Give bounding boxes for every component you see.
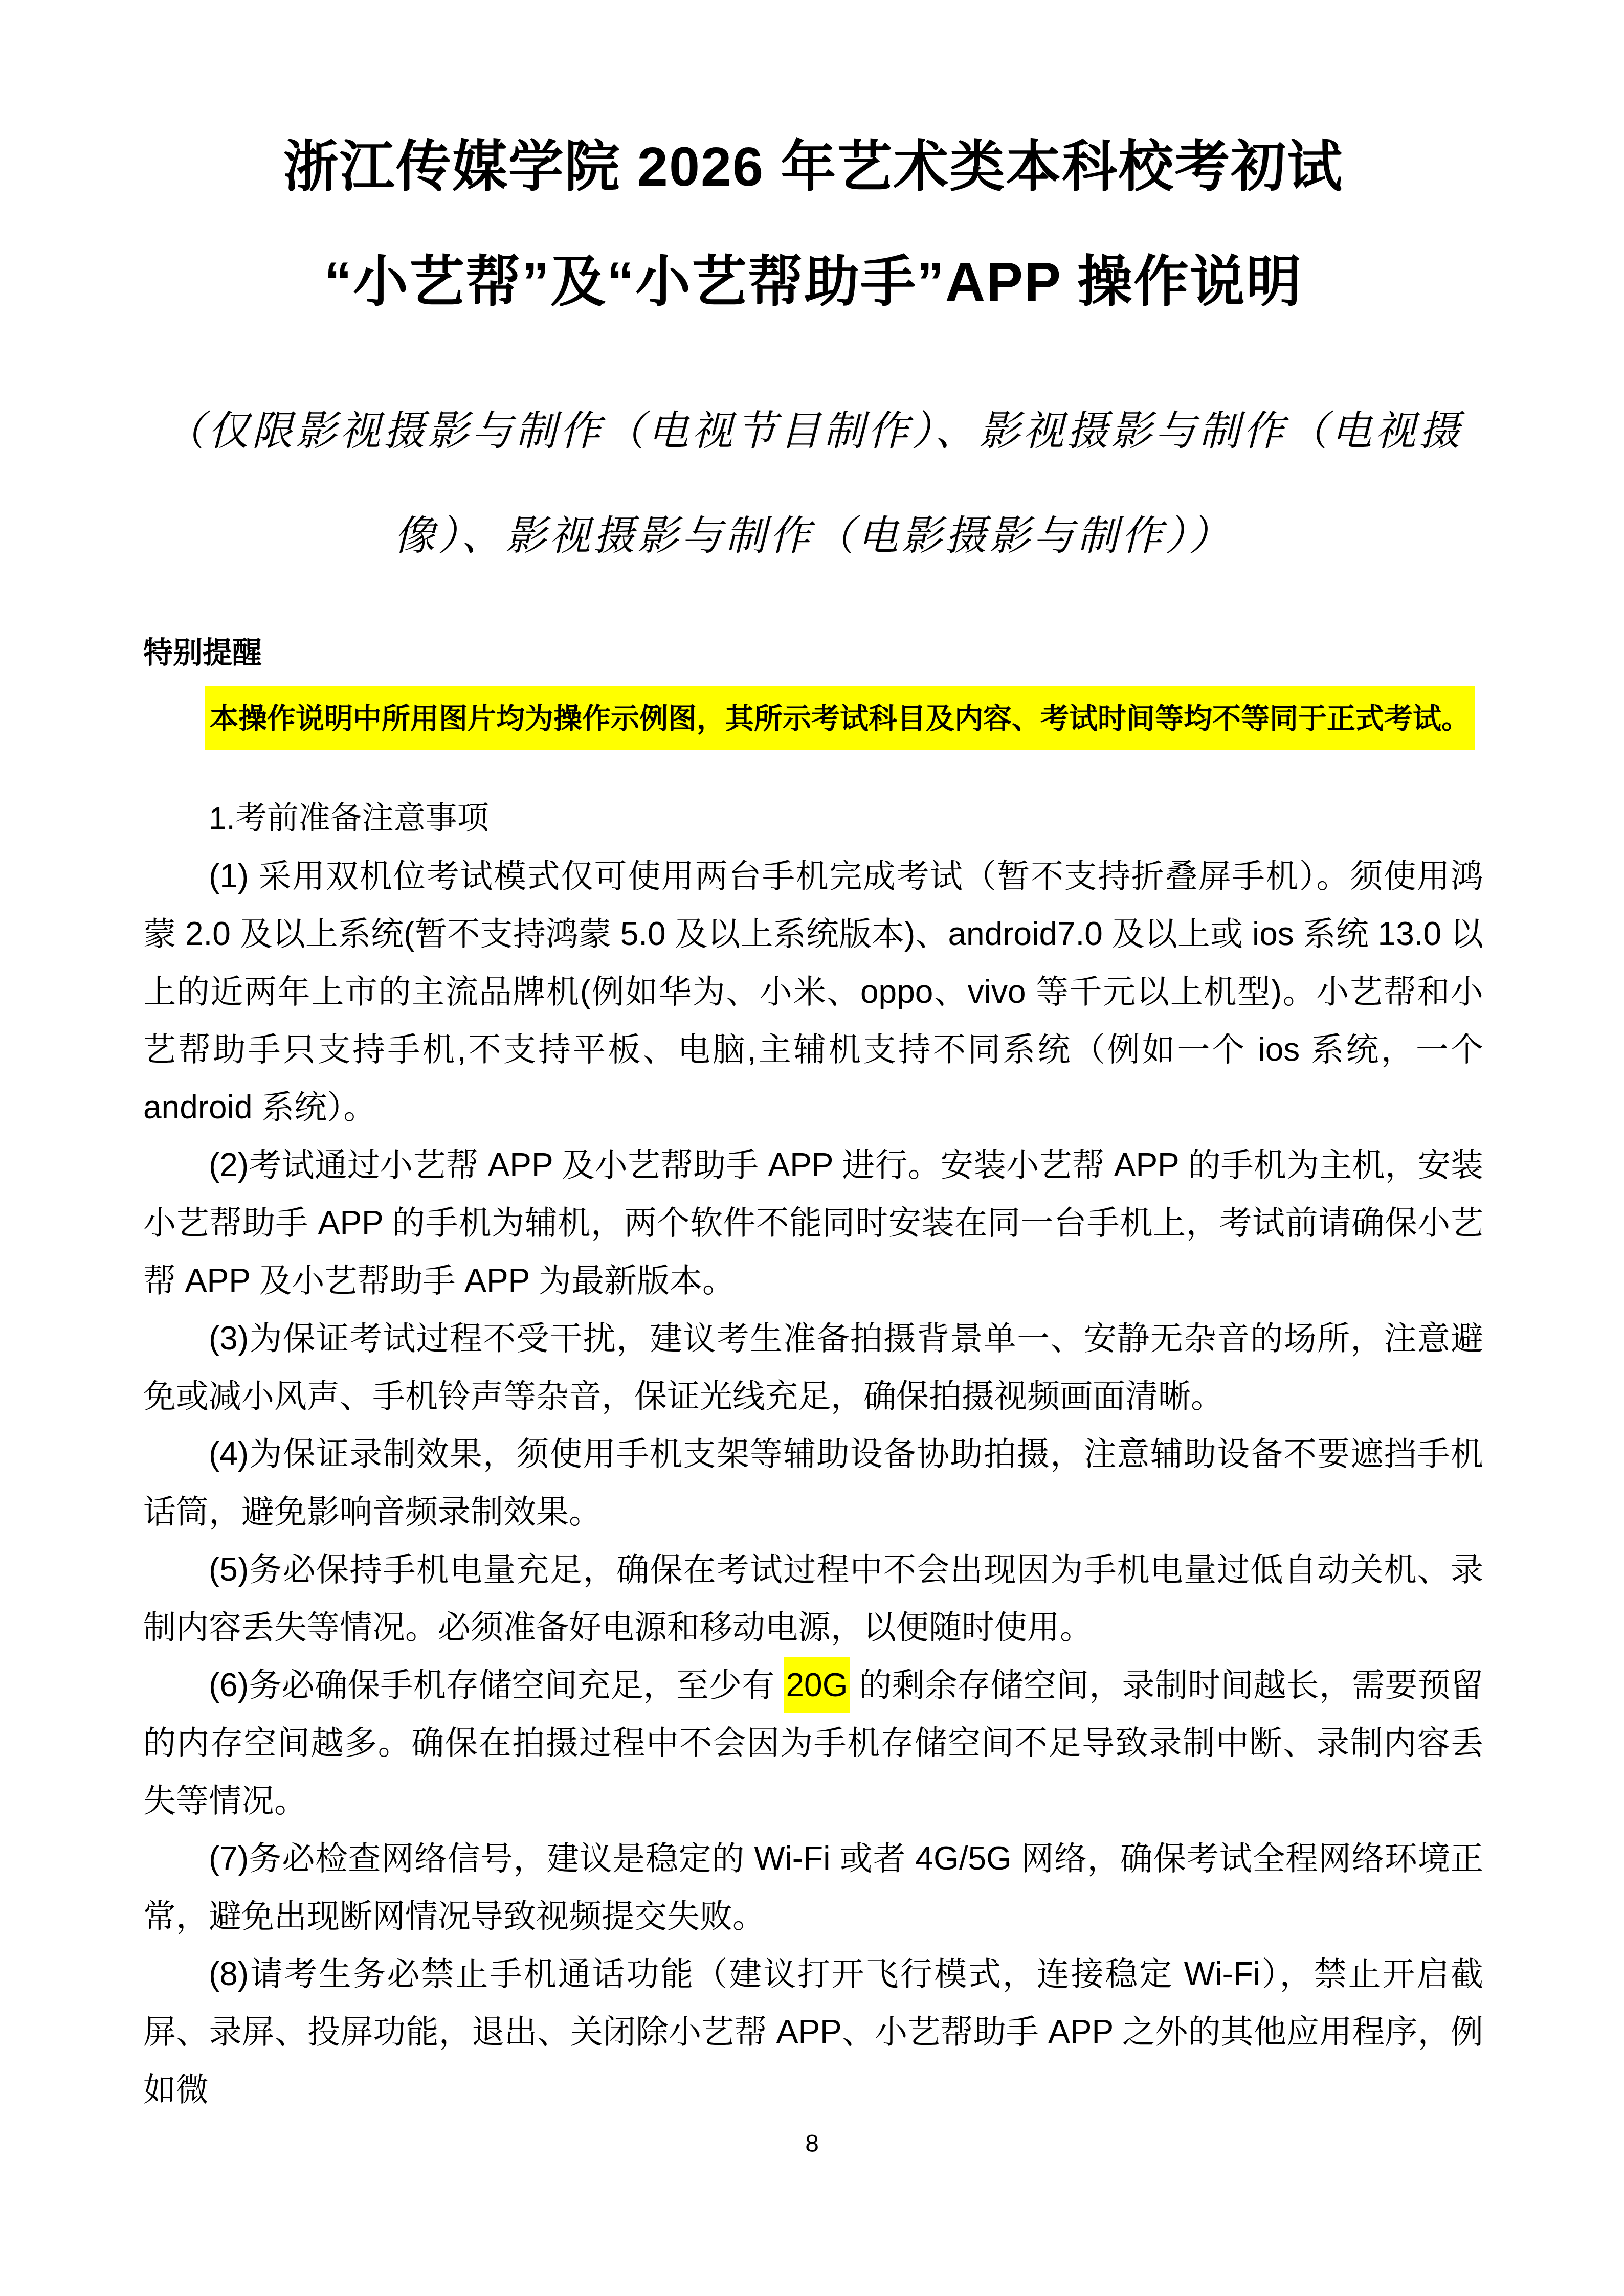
body-paragraph-2: (2)考试通过小艺帮 APP 及小艺帮助手 APP 进行。安装小艺帮 APP 的…	[143, 1136, 1483, 1310]
highlight-notice-text: 本操作说明中所用图片均为操作示例图，其所示考试科目及内容、考试时间等均不等同于正…	[205, 686, 1475, 750]
body-paragraph-5: (5)务必保持手机电量充足，确保在考试过程中不会出现因为手机电量过低自动关机、录…	[143, 1541, 1483, 1656]
highlighted-text-run: 20G	[784, 1657, 850, 1713]
highlight-notice-block: 本操作说明中所用图片均为操作示例图，其所示考试科目及内容、考试时间等均不等同于正…	[205, 686, 1483, 758]
document-title-line1: 浙江传媒学院 2026 年艺术类本科校考初试	[143, 130, 1483, 204]
document-subtitle: （仅限影视摄影与制作（电视节目制作）、影视摄影与制作（电视摄像）、影视摄影与制作…	[143, 378, 1483, 588]
page-number: 8	[0, 2130, 1624, 2158]
body-paragraph-1: (1) 采用双机位考试模式仅可使用两台手机完成考试（暂不支持折叠屏手机）。须使用…	[143, 847, 1483, 1136]
body-paragraphs: (1) 采用双机位考试模式仅可使用两台手机完成考试（暂不支持折叠屏手机）。须使用…	[143, 847, 1483, 2119]
body-paragraph-6: (6)务必确保手机存储空间充足，至少有 20G 的剩余存储空间，录制时间越长，需…	[143, 1656, 1483, 1830]
document-title-line2: “小艺帮”及“小艺帮助手”APP 操作说明	[143, 245, 1483, 319]
text-run: (6)务必确保手机存储空间充足，至少有	[209, 1667, 784, 1703]
text-run: (1) 采用双机位考试模式仅可使用两台手机完成考试（暂不支持折叠屏手机）。须使用…	[143, 858, 1483, 1126]
body-paragraph-4: (4)为保证录制效果，须使用手机支架等辅助设备协助拍摄，注意辅助设备不要遮挡手机…	[143, 1425, 1483, 1541]
text-run: (3)为保证考试过程不受干扰，建议考生准备拍摄背景单一、安静无杂音的场所，注意避…	[143, 1320, 1483, 1414]
body-paragraph-3: (3)为保证考试过程不受干扰，建议考生准备拍摄背景单一、安静无杂音的场所，注意避…	[143, 1310, 1483, 1425]
text-run: (7)务必检查网络信号，建议是稳定的 Wi-Fi 或者 4G/5G 网络，确保考…	[143, 1840, 1483, 1934]
text-run: (5)务必保持手机电量充足，确保在考试过程中不会出现因为手机电量过低自动关机、录…	[143, 1551, 1483, 1646]
body-paragraph-7: (7)务必检查网络信号，建议是稳定的 Wi-Fi 或者 4G/5G 网络，确保考…	[143, 1830, 1483, 1945]
text-run: (8)请考生务必禁止手机通话功能（建议打开飞行模式，连接稳定 Wi-Fi），禁止…	[143, 1955, 1483, 2108]
text-run: (4)为保证录制效果，须使用手机支架等辅助设备协助拍摄，注意辅助设备不要遮挡手机…	[143, 1435, 1483, 1530]
special-reminder-heading: 特别提醒	[143, 635, 1483, 671]
text-run: (2)考试通过小艺帮 APP 及小艺帮助手 APP 进行。安装小艺帮 APP 的…	[143, 1146, 1483, 1299]
section1-heading: 1.考前准备注意事项	[143, 790, 1483, 847]
document-page: 浙江传媒学院 2026 年艺术类本科校考初试 “小艺帮”及“小艺帮助手”APP …	[0, 0, 1624, 2296]
body-paragraph-8: (8)请考生务必禁止手机通话功能（建议打开飞行模式，连接稳定 Wi-Fi），禁止…	[143, 1945, 1483, 2119]
